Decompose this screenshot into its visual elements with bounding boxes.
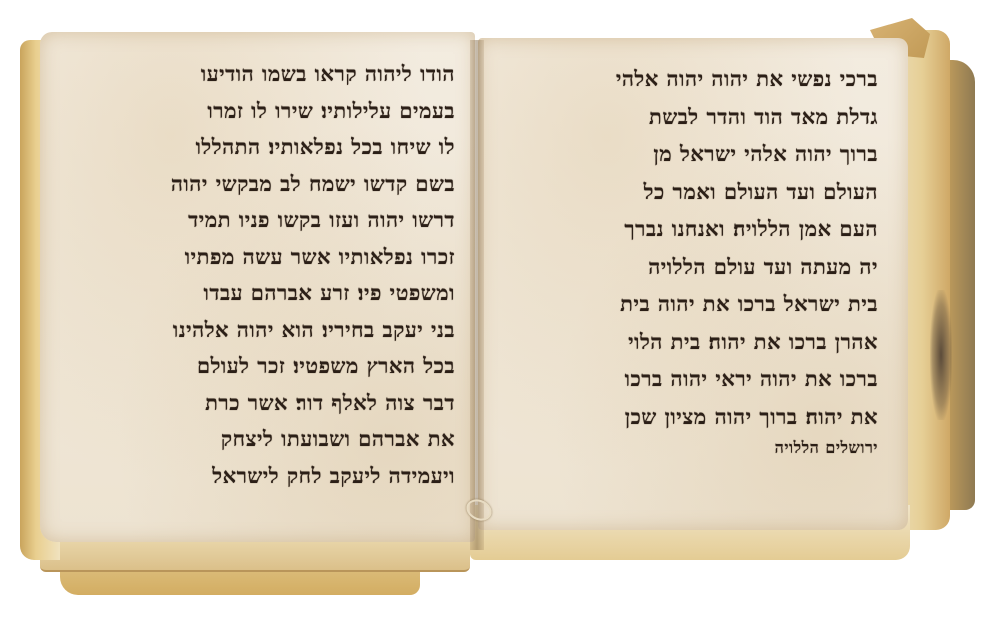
right-page: ברכי נפשי את יהוה יהוה אלהי גדלת מאד הוד… <box>478 38 908 530</box>
left-page: הודו ליהוה קראו בשמו הודיעו בעמים עלילות… <box>40 32 475 542</box>
right-page-text: ברכי נפשי את יהוה יהוה אלהי גדלת מאד הוד… <box>478 60 878 461</box>
text-line: גדלת מאד הוד והדר לבשת <box>478 98 878 136</box>
text-line: בכל הארץ משפטיו׃ זכר לעולם <box>45 348 455 385</box>
text-line: דרשו יהוה ועזו בקשו פניו תמיד <box>45 202 455 239</box>
text-line: ומשפטי פיו׃ זרע אברהם עבדו <box>45 275 455 312</box>
text-line: ברכו את יהוה יראי יהוה ברכו <box>478 360 878 398</box>
text-line: בשם קדשו ישמח לב מבקשי יהוה <box>45 166 455 203</box>
text-line: זכרו נפלאותיו אשר עשה מפתיו <box>45 239 455 276</box>
text-line: אהרן ברכו את יהוה׃ בית הלוי <box>478 323 878 361</box>
text-line: דבר צוה לאלף דור׃ אשר כרת <box>45 385 455 422</box>
text-line: בעמים עלילותיו׃ שירו לו זמרו <box>45 93 455 130</box>
book-gutter <box>470 40 484 550</box>
text-line: לו שיחו בכל נפלאותיו׃ התהללו <box>45 129 455 166</box>
text-line: בית ישראל ברכו את יהוה בית <box>478 285 878 323</box>
text-line: ירושלים הללויה <box>478 435 878 461</box>
text-line: ויעמידה ליעקב לחק לישראל <box>45 458 455 495</box>
left-page-text: הודו ליהוה קראו בשמו הודיעו בעמים עלילות… <box>45 56 455 494</box>
text-line: ברוך יהוה אלהי ישראל מן <box>478 135 878 173</box>
text-line: יה מעתה ועד עולם הללויה <box>478 248 878 286</box>
text-line: העם אמן הללויה׃ ואנחנו נברך <box>478 210 878 248</box>
text-line: העולם ועד העולם ואמר כל <box>478 173 878 211</box>
text-line: הודו ליהוה קראו בשמו הודיעו <box>45 56 455 93</box>
text-line: את יהוה׃ ברוך יהוה מציון שכן <box>478 398 878 436</box>
text-line: בני יעקב בחיריו׃ הוא יהוה אלהינו <box>45 312 455 349</box>
text-line: ברכי נפשי את יהוה יהוה אלהי <box>478 60 878 98</box>
ink-stain <box>930 290 952 420</box>
manuscript-photo: הודו ליהוה קראו בשמו הודיעו בעמים עלילות… <box>0 0 990 623</box>
text-line: את אברהם ושבועתו ליצחק <box>45 421 455 458</box>
